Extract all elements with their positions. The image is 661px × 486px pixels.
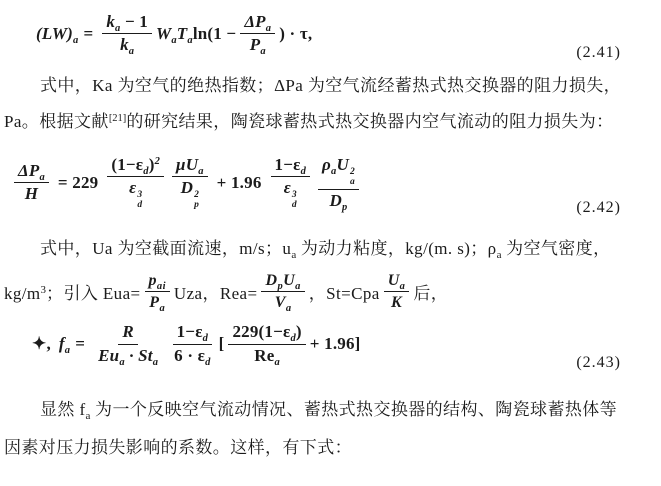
fraction-st: Ua K (384, 271, 410, 312)
equals-sign: = (83, 24, 93, 44)
fraction-inertial-term: ρaU2a Dp (318, 155, 359, 211)
fraction-numerator: ka − 1 (102, 12, 152, 34)
fraction-eua: pai Pa (145, 271, 170, 312)
fraction-dpa: ΔPa Pa (240, 12, 275, 56)
fraction-numerator: Ua (384, 271, 410, 292)
fraction-denominator: K (387, 292, 406, 312)
fraction-denominator: ε3d (125, 177, 146, 211)
paragraph-ka-definition: 式中，Ka 为空气的绝热指数；ΔPa 为空气流经蓄热式热交换器的阻力损失， Pa… (4, 68, 657, 143)
plus-196: + 1.96 (217, 173, 262, 193)
paragraph-line: 式中，Ka 为空气的绝热指数；ΔPa 为空气流经蓄热式热交换器的阻力损失， (4, 68, 657, 104)
fraction-numerator: ΔPa (240, 12, 275, 34)
fraction-denominator: D2p (177, 177, 203, 211)
fraction-numerator: ΔPa (14, 161, 49, 183)
paragraph-line: 式中，Ua 为空截面流速，m/s；ua 为动力粘度，kg/(m. s)；ρa 为… (4, 231, 657, 269)
fraction-ka: ka − 1 ka (102, 12, 152, 56)
hou-text: 后， (413, 279, 448, 304)
fraction-r-eust: R Eua · Sta (94, 322, 162, 366)
eq241-lhs: (LW)a (36, 24, 78, 44)
bracket-open: [ (219, 334, 225, 354)
inline-equation-line: kg/m3；引入 Eua= pai Pa Uza，Rea= DpUa Va ，S… (4, 271, 657, 312)
fraction-re-term: 229(1−εd) Rea (228, 322, 305, 366)
citation-ref: [21] (109, 101, 127, 137)
equals-229: = 229 (58, 173, 98, 193)
paragraph-line: Pa。根据文献[21]的研究结果，陶瓷球蓄热式热交换器内空气流动的阻力损失为： (4, 104, 657, 143)
fraction-numerator: (1−εd)2 (107, 155, 164, 177)
fraction-denominator: ε3d (280, 177, 301, 211)
fraction-viscous-term: μUa D2p (172, 155, 208, 211)
fraction-voidage: 1−εd ε3d (271, 155, 311, 211)
fraction-numerator: pai (145, 271, 170, 292)
fraction-denominator: ka (116, 34, 138, 55)
fraction-denominator: H (21, 183, 42, 204)
fraction-rea: DpUa Va (261, 271, 304, 312)
fraction-voidage-squared: (1−εd)2 ε3d (107, 155, 164, 211)
uza-rea-label: Uza，Rea= (174, 279, 258, 304)
fraction-numerator: μUa (172, 155, 208, 177)
document-page: (LW)a = ka − 1 ka WaTaln(1 − ΔPa Pa ) · … (0, 0, 661, 486)
eq241-middle: WaTaln(1 − (156, 24, 236, 44)
paragraph-fa-conclusion: 显然 fa 为一个反映空气流动情况、蓄热式热交换器的结构、陶瓷球蓄热体等 因素对… (4, 392, 657, 466)
kg-unit: kg/m3；引入 Eua= (4, 279, 141, 304)
fraction-numerator: ρaU2a (318, 155, 359, 190)
fraction-lhs: ΔPa H (14, 161, 49, 205)
fraction-denominator: Pa (246, 34, 270, 55)
equals-sign: = (75, 334, 85, 354)
fraction-numerator: DpUa (261, 271, 304, 292)
paragraph-ua-definition: 式中，Ua 为空截面流速，m/s；ua 为动力粘度，kg/(m. s)；ρa 为… (4, 231, 657, 269)
fraction-denominator: 6 · εd (170, 345, 214, 366)
star-marker: ✦, (32, 334, 51, 354)
fa-symbol: fa (59, 334, 70, 354)
fraction-denominator: Va (271, 292, 296, 312)
paragraph-line: 因素对压力损失影响的系数。这样，有下式： (4, 430, 657, 466)
eq241-tail: ) · τ, (279, 24, 312, 44)
fraction-numerator: 1−εd (173, 322, 213, 344)
fraction-denominator: Dp (326, 190, 352, 211)
fraction-numerator: 1−εd (271, 155, 311, 177)
fraction-voidage: 1−εd 6 · εd (170, 322, 214, 366)
fraction-denominator: Eua · Sta (94, 345, 162, 366)
fraction-numerator: 229(1−εd) (228, 322, 305, 344)
fraction-numerator: R (118, 322, 138, 344)
fraction-denominator: Pa (145, 292, 169, 312)
fraction-denominator: Rea (250, 345, 284, 366)
eq243-tail: + 1.96] (310, 334, 361, 354)
paragraph-line: 显然 fa 为一个反映空气流动情况、蓄热式热交换器的结构、陶瓷球蓄热体等 (4, 392, 657, 430)
st-label: ，St=Cpa (309, 279, 380, 304)
